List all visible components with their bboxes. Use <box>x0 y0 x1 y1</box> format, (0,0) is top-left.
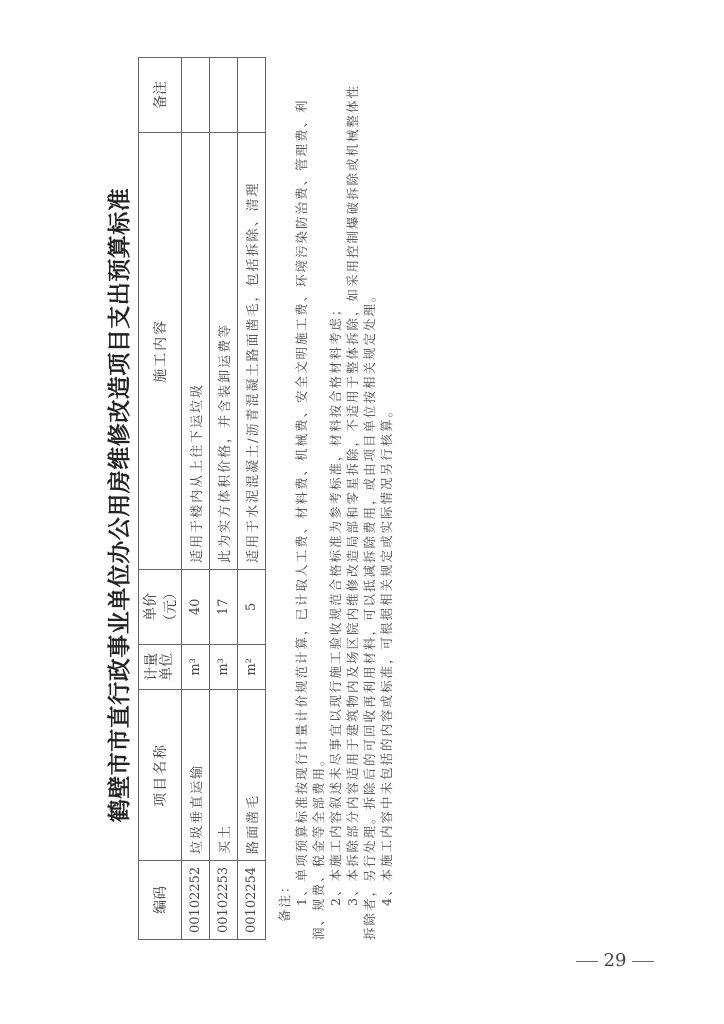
note-item: 3、本拆除部分内容适用于建筑物内及场区院内维修改造局部和零星拆除，不适用于整体拆… <box>344 70 378 940</box>
header-code: 编码 <box>139 860 182 939</box>
header-unit: 计量单位 <box>139 644 182 689</box>
table-header-row: 编码 项目名称 计量单位 单价（元） 施工内容 备注 <box>139 58 182 940</box>
document-title: 鹤壁市市直行政事业单位办公用房维修改造项目支出预算标准 <box>100 55 140 955</box>
cell-price: 17 <box>210 569 238 644</box>
table-row: 00102254 路面凿毛 m² 5 适用于水泥混凝土/沥青混凝土路面凿毛，包括… <box>238 58 266 940</box>
page-number-dash-right <box>632 961 654 962</box>
cell-code: 00102254 <box>238 860 266 939</box>
note-item: 1、单项预算标准按现行计量计价规范计算，已计取人工费、材料费、机械费、安全文明施… <box>293 70 327 940</box>
cell-content: 此为实方体积价格，并含装卸运费等 <box>210 133 238 570</box>
cell-name: 垃圾垂直运输 <box>182 689 210 860</box>
cell-content: 适用于水泥混凝土/沥青混凝土路面凿毛，包括拆除、清理 <box>238 133 266 570</box>
cell-content: 适用于楼内从上往下运垃圾 <box>182 133 210 570</box>
cell-code: 00102253 <box>210 860 238 939</box>
cell-remark <box>182 58 210 133</box>
notes-section: 备注： 1、单项预算标准按现行计量计价规范计算，已计取人工费、材料费、机械费、安… <box>276 70 395 940</box>
page-number: 29 <box>560 950 670 971</box>
rotated-page-content: 鹤壁市市直行政事业单位办公用房维修改造项目支出预算标准 编码 项目名称 计量单位… <box>100 55 440 955</box>
cell-unit: m³ <box>182 644 210 689</box>
note-item: 2、本施工内容叙述未尽事宜以现行施工验收规范合格标准为参考标准，材料按合格材料考… <box>327 70 344 940</box>
header-remark: 备注 <box>139 58 182 133</box>
table-row: 00102253 买土 m³ 17 此为实方体积价格，并含装卸运费等 <box>210 58 238 940</box>
cell-name: 买土 <box>210 689 238 860</box>
page-number-value: 29 <box>604 950 627 971</box>
cell-remark <box>210 58 238 133</box>
cell-name: 路面凿毛 <box>238 689 266 860</box>
cell-price: 40 <box>182 569 210 644</box>
header-content: 施工内容 <box>139 133 182 570</box>
cell-remark <box>238 58 266 133</box>
notes-label: 备注： <box>276 70 293 922</box>
header-name: 项目名称 <box>139 689 182 860</box>
note-item: 4、本施工内容中未包括的内容或标准，可根据相关规定或实际情况另行核算。 <box>378 70 395 940</box>
table-row: 00102252 垃圾垂直运输 m³ 40 适用于楼内从上往下运垃圾 <box>182 58 210 940</box>
budget-standard-table: 编码 项目名称 计量单位 单价（元） 施工内容 备注 00102252 垃圾垂直… <box>138 57 266 940</box>
cell-price: 5 <box>238 569 266 644</box>
header-price: 单价（元） <box>139 569 182 644</box>
cell-unit: m³ <box>210 644 238 689</box>
page-number-dash-left <box>576 961 598 962</box>
cell-unit: m² <box>238 644 266 689</box>
cell-code: 00102252 <box>182 860 210 939</box>
